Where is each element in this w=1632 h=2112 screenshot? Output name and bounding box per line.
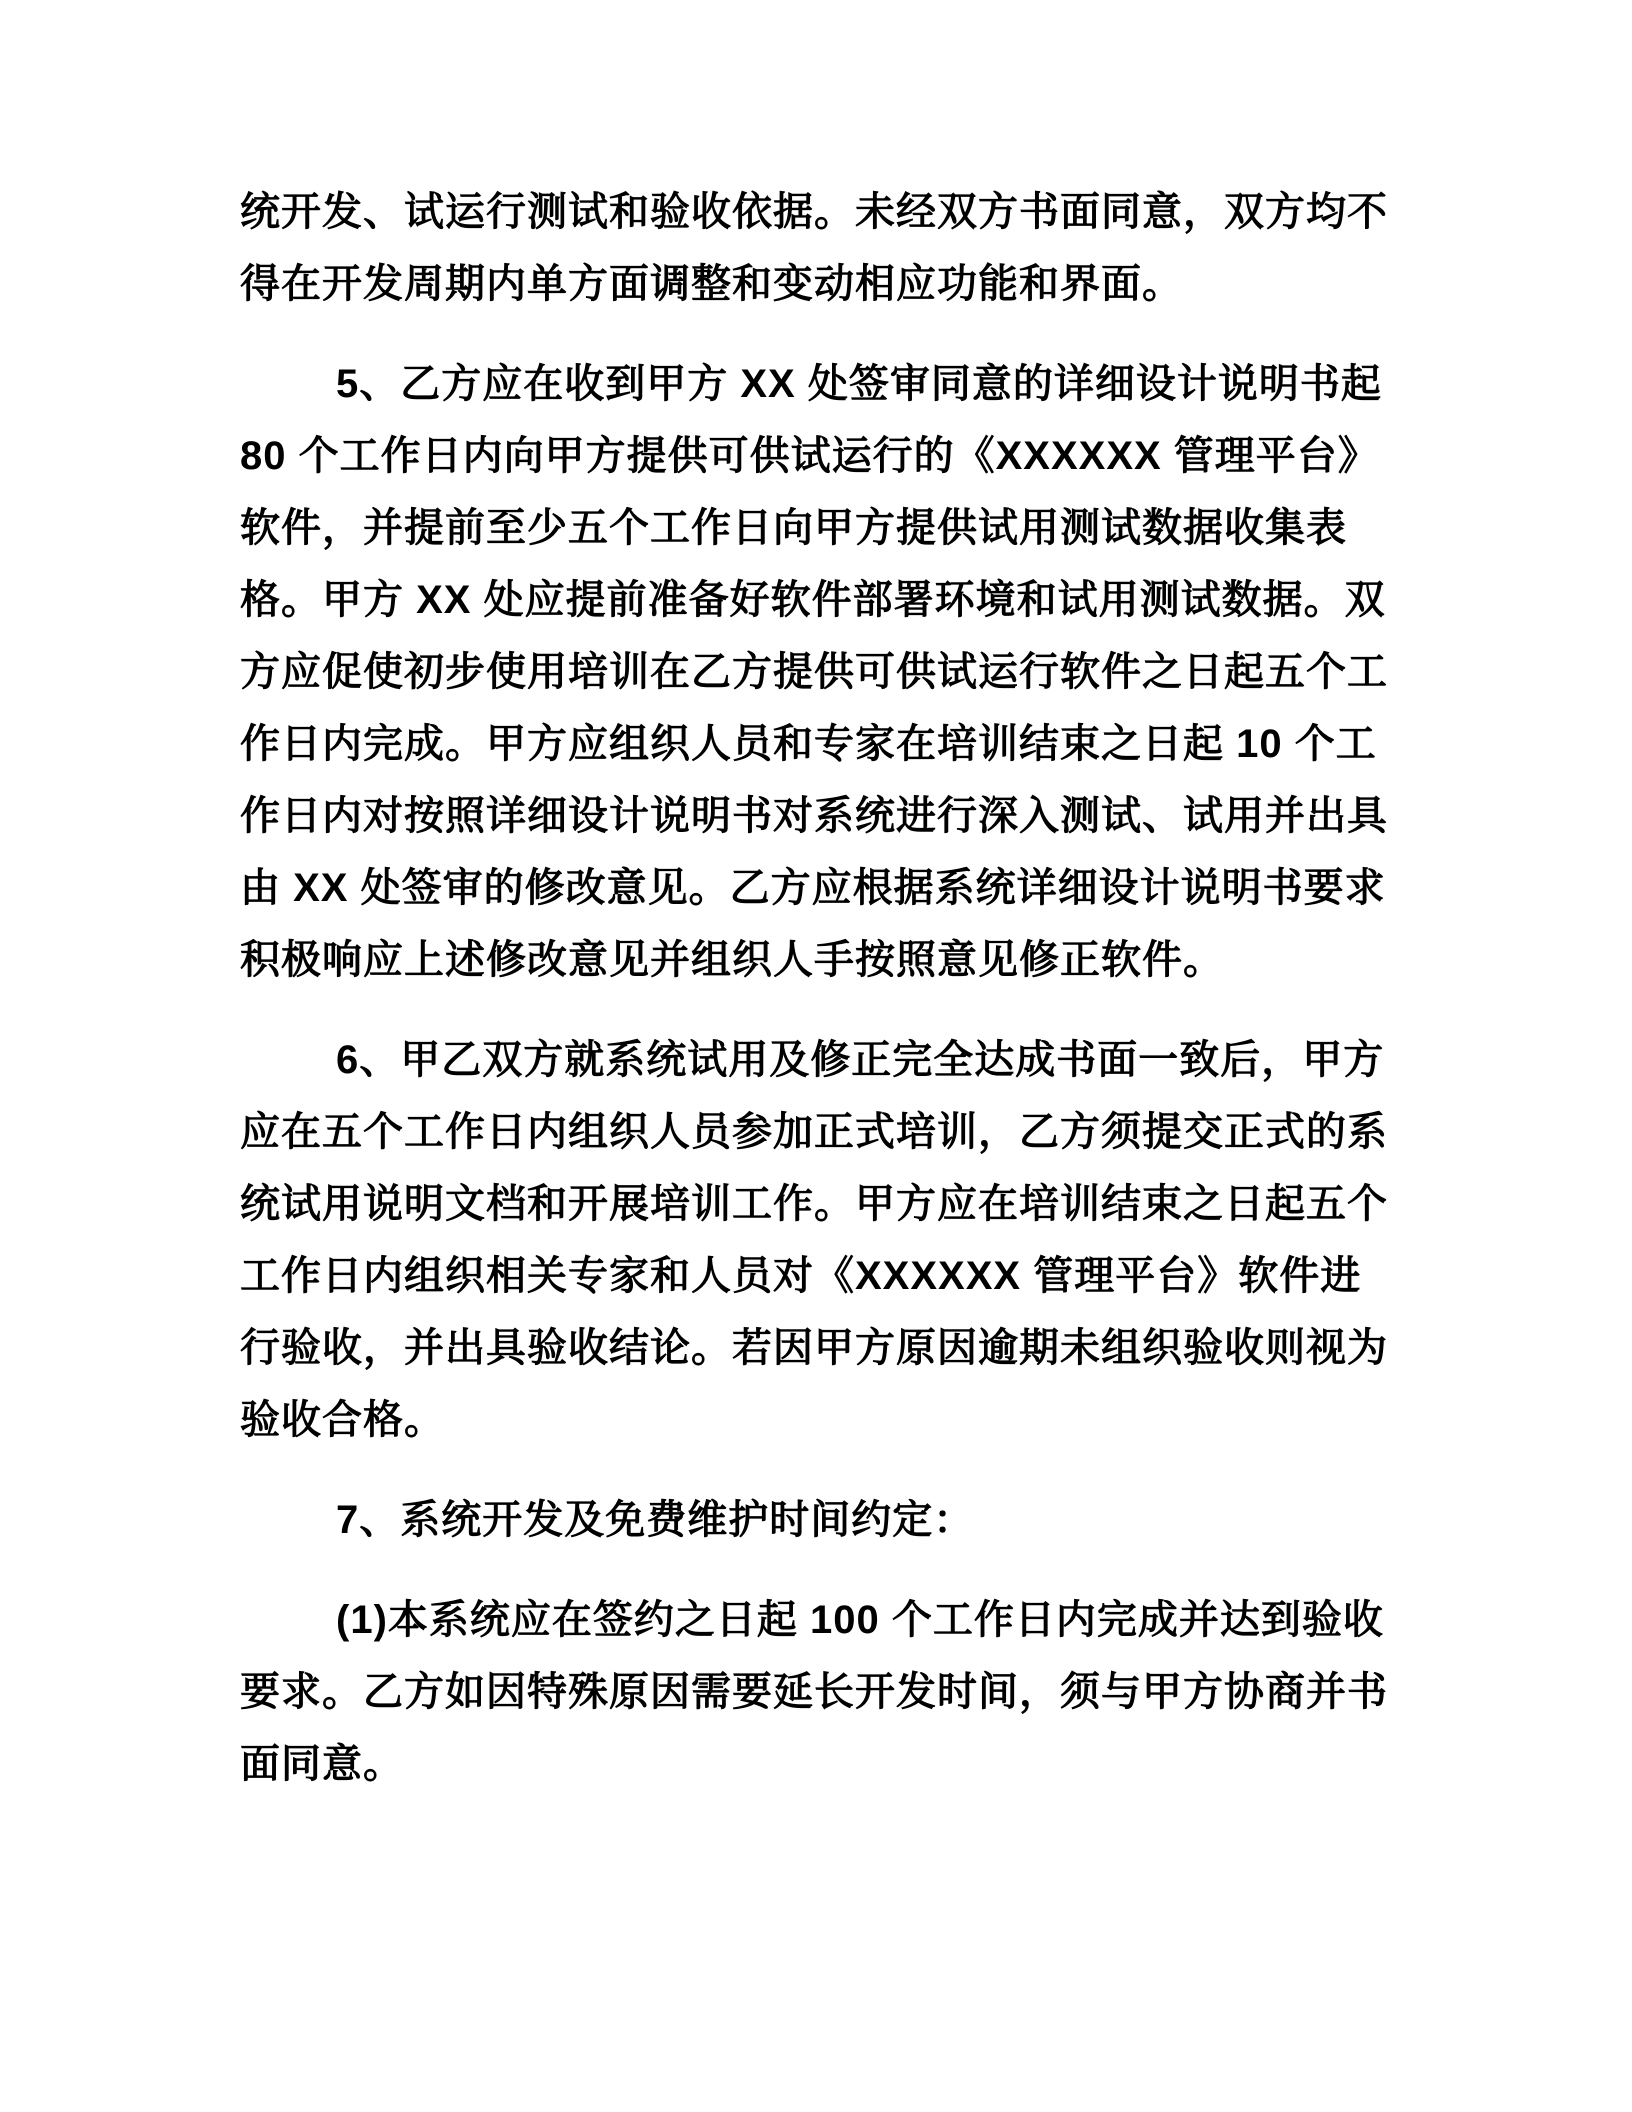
clause-7-heading-paragraph: 7、系统开发及免费维护时间约定： <box>240 1484 1402 1556</box>
clause-6-paragraph: 6、甲乙双方就系统试用及修正完全达成书面一致后，甲方应在五个工作日内组织人员参加… <box>240 1024 1402 1456</box>
clause-4-continuation-paragraph: 统开发、试运行测试和验收依据。未经双方书面同意，双方均不得在开发周期内单方面调整… <box>240 176 1402 320</box>
clause-7-item-1-paragraph: (1)本系统应在签约之日起 100 个工作日内完成并达到验收要求。乙方如因特殊原… <box>240 1584 1402 1800</box>
document-content: 统开发、试运行测试和验收依据。未经双方书面同意，双方均不得在开发周期内单方面调整… <box>0 0 1632 1800</box>
document-page: 统开发、试运行测试和验收依据。未经双方书面同意，双方均不得在开发周期内单方面调整… <box>0 0 1632 2112</box>
clause-5-paragraph: 5、乙方应在收到甲方 XX 处签审同意的详细设计说明书起 80 个工作日内向甲方… <box>240 348 1402 996</box>
